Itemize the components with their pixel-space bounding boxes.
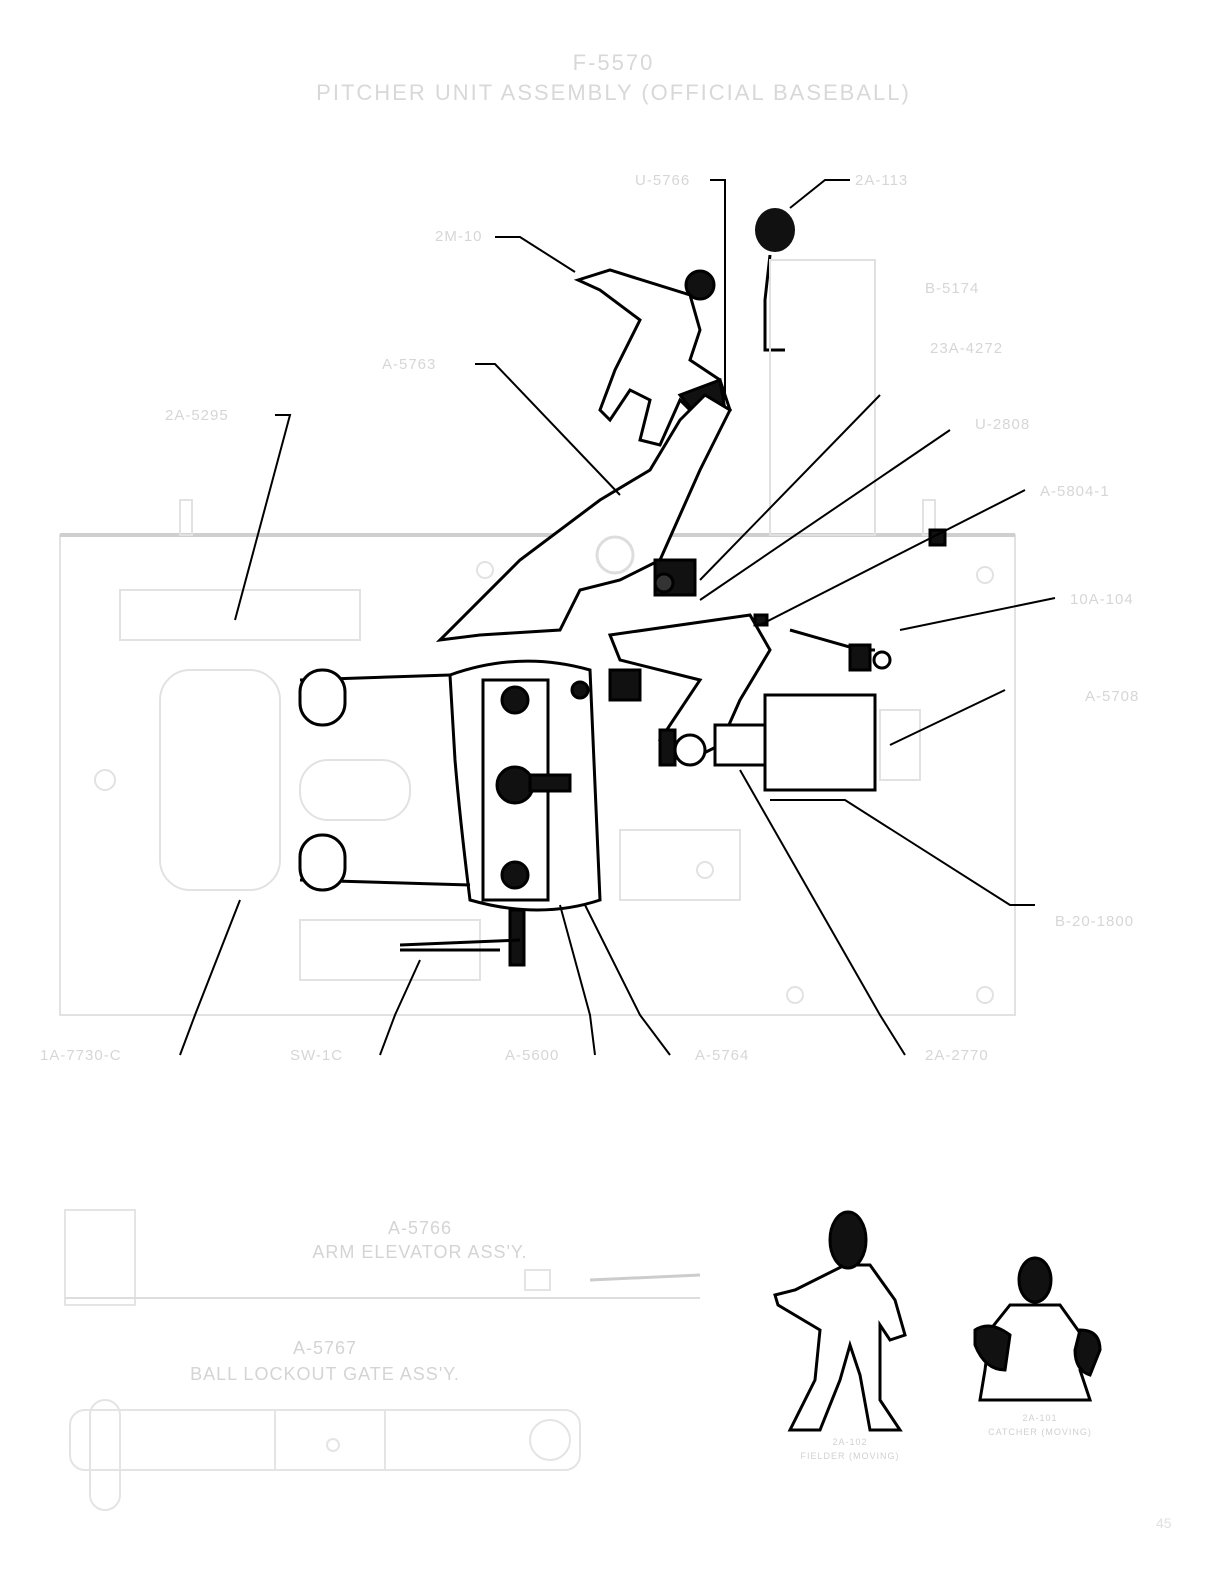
- subassembly-2-part: A-5767: [100, 1338, 550, 1359]
- callout-a5764: A-5764: [695, 1047, 749, 1064]
- callout-a5804: A-5804-1: [1040, 483, 1110, 500]
- fielder-caption: FIELDER (MOVING): [775, 1450, 925, 1463]
- callout-10a104: 10A-104: [1070, 591, 1134, 608]
- callout-sw1c: SW-1C: [290, 1047, 343, 1064]
- callout-b20-1800: B-20-1800: [1055, 913, 1134, 930]
- subassembly-1-part: A-5766: [220, 1218, 620, 1239]
- callout-2a2770: 2A-2770: [925, 1047, 989, 1064]
- callout-u5766: U-5766: [635, 172, 690, 189]
- fielder-figure: [775, 1212, 905, 1430]
- callout-23a4272: 23A-4272: [930, 340, 1003, 357]
- callout-2a5295: 2A-5295: [165, 407, 229, 424]
- page-number: 45: [1156, 1515, 1172, 1531]
- catcher-part: 2A-101: [965, 1412, 1115, 1425]
- catcher-figure: [975, 1258, 1100, 1400]
- callout-2m10: 2M-10: [435, 228, 483, 245]
- callout-u2808: U-2808: [975, 416, 1030, 433]
- callout-a5763: A-5763: [382, 356, 436, 373]
- callout-2a113: 2A-113: [855, 172, 908, 189]
- subassembly-1-name: ARM ELEVATOR ASS'Y.: [220, 1242, 620, 1263]
- callout-a5708: A-5708: [1085, 688, 1139, 705]
- callout-b5174: B-5174: [925, 280, 979, 297]
- callout-1a7730c: 1A-7730-C: [40, 1047, 122, 1064]
- subassembly-2-name: BALL LOCKOUT GATE ASS'Y.: [100, 1364, 550, 1385]
- pitcher-arm: [440, 395, 730, 640]
- leader-lines: [180, 180, 1055, 1055]
- callout-a5600: A-5600: [505, 1047, 559, 1064]
- fielder-part: 2A-102: [775, 1436, 925, 1449]
- catcher-head: [755, 208, 875, 535]
- catcher-caption: CATCHER (MOVING): [965, 1426, 1115, 1439]
